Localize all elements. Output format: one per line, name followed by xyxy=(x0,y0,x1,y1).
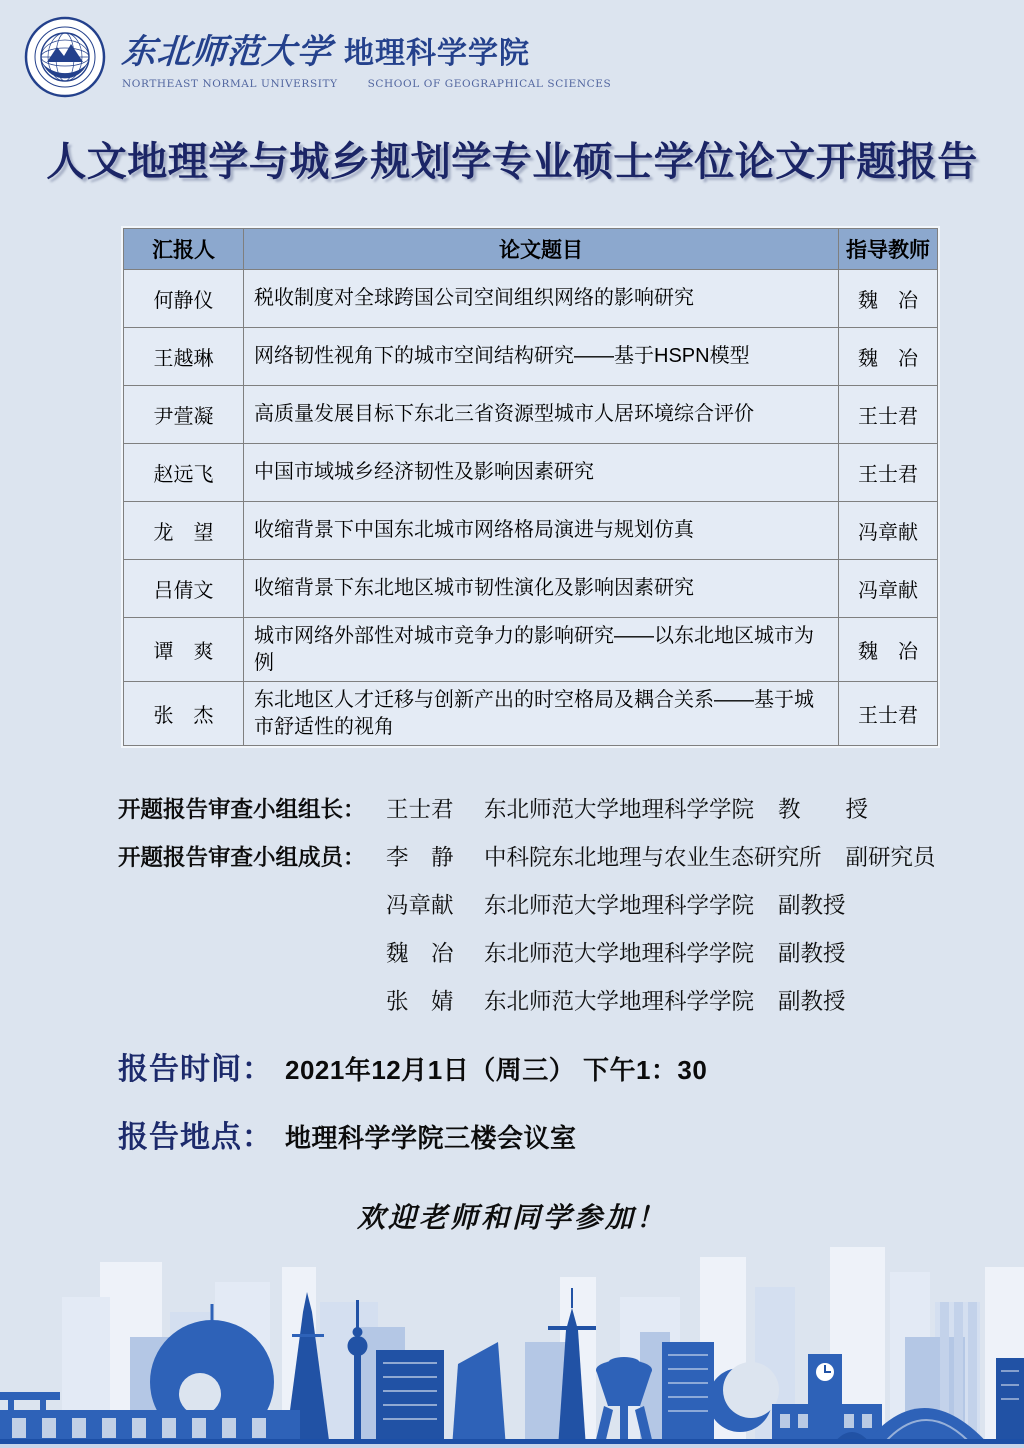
table-row: 王越琳 网络韧性视角下的城市空间结构研究——基于HSPN模型 魏 冶 xyxy=(124,328,938,386)
poster-page: 东北师范大学 地理科学学院 NORTHEAST NORMAL UNIVERSIT… xyxy=(0,0,1024,1448)
topic-cell: 收缩背景下东北地区城市韧性演化及影响因素研究 xyxy=(244,560,839,618)
table-header-row: 汇报人 论文题目 指导教师 xyxy=(124,229,938,270)
poster-title: 人文地理学与城乡规划学专业硕士学位论文开题报告 xyxy=(0,130,1024,187)
column-header-advisor: 指导教师 xyxy=(839,229,938,270)
column-header-topic: 论文题目 xyxy=(244,229,839,270)
university-seal-icon xyxy=(24,16,106,98)
report-time-label: 报告时间： xyxy=(118,1044,273,1088)
report-location-line: 报告地点： 地理科学学院三楼会议室 xyxy=(118,1112,707,1156)
advisor-cell: 魏 冶 xyxy=(839,270,938,328)
topic-cell: 东北地区人才迁移与创新产出的时空格局及耦合关系——基于城市舒适性的视角 xyxy=(244,682,839,746)
report-time-line: 报告时间： 2021年12月1日（周三） 下午1：30 xyxy=(118,1044,707,1088)
topic-cell: 城市网络外部性对城市竞争力的影响研究——以东北地区城市为例 xyxy=(244,618,839,682)
committee-member-name: 李 静 xyxy=(386,840,484,872)
committee-member-line: 张 婧 东北师范大学地理科学学院 副教授 xyxy=(118,976,936,1024)
thesis-table: 汇报人 论文题目 指导教师 何静仪 税收制度对全球跨国公司空间组织网络的影响研究… xyxy=(123,228,938,746)
topic-cell: 税收制度对全球跨国公司空间组织网络的影响研究 xyxy=(244,270,839,328)
committee-member-title: 副教授 xyxy=(778,984,846,1016)
committee-member-affiliation: 东北师范大学地理科学学院 xyxy=(484,888,754,920)
advisor-cell: 王士君 xyxy=(839,682,938,746)
column-header-reporter: 汇报人 xyxy=(124,229,244,270)
topic-cell: 中国市域城乡经济韧性及影响因素研究 xyxy=(244,444,839,502)
school-name-cn: 地理科学学院 xyxy=(344,28,530,72)
topic-cell: 网络韧性视角下的城市空间结构研究——基于HSPN模型 xyxy=(244,328,839,386)
table-row: 尹萱凝 高质量发展目标下东北三省资源型城市人居环境综合评价 王士君 xyxy=(124,386,938,444)
committee-section: 开题报告审查小组组长： 王士君 东北师范大学地理科学学院 教 授 开题报告审查小… xyxy=(118,784,936,1024)
committee-member-title: 副教授 xyxy=(778,936,846,968)
committee-member-affiliation: 东北师范大学地理科学学院 xyxy=(484,936,754,968)
committee-member-title: 副教授 xyxy=(778,888,846,920)
committee-member-affiliation: 东北师范大学地理科学学院 xyxy=(484,984,754,1016)
reporter-cell: 尹萱凝 xyxy=(124,386,244,444)
committee-member-line: 冯章献 东北师范大学地理科学学院 副教授 xyxy=(118,880,936,928)
reporter-cell: 谭 爽 xyxy=(124,618,244,682)
university-name-cn: 东北师范大学 xyxy=(120,24,333,73)
header-en-line: NORTHEAST NORMAL UNIVERSITY SCHOOL OF GE… xyxy=(122,78,611,90)
table-row: 谭 爽 城市网络外部性对城市竞争力的影响研究——以东北地区城市为例 魏 冶 xyxy=(124,618,938,682)
reporter-cell: 吕倩文 xyxy=(124,560,244,618)
welcome-message: 欢迎老师和同学参加！ xyxy=(0,1196,1024,1236)
table-row: 吕倩文 收缩背景下东北地区城市韧性演化及影响因素研究 冯章献 xyxy=(124,560,938,618)
report-location-value: 地理科学学院三楼会议室 xyxy=(285,1118,577,1155)
report-time-value: 2021年12月1日（周三） 下午1：30 xyxy=(285,1050,707,1087)
reporter-cell: 赵远飞 xyxy=(124,444,244,502)
table-row: 张 杰 东北地区人才迁移与创新产出的时空格局及耦合关系——基于城市舒适性的视角 … xyxy=(124,682,938,746)
table-row: 何静仪 税收制度对全球跨国公司空间组织网络的影响研究 魏 冶 xyxy=(124,270,938,328)
city-skyline-illustration xyxy=(0,1242,1024,1448)
advisor-cell: 魏 冶 xyxy=(839,328,938,386)
table-row: 赵远飞 中国市域城乡经济韧性及影响因素研究 王士君 xyxy=(124,444,938,502)
header-text: 东北师范大学 地理科学学院 NORTHEAST NORMAL UNIVERSIT… xyxy=(122,24,611,90)
committee-member-title: 副研究员 xyxy=(846,840,936,872)
header-cn-line: 东北师范大学 地理科学学院 xyxy=(122,24,611,73)
schedule-section: 报告时间： 2021年12月1日（周三） 下午1：30 报告地点： 地理科学学院… xyxy=(118,1044,707,1180)
topic-cell: 高质量发展目标下东北三省资源型城市人居环境综合评价 xyxy=(244,386,839,444)
committee-member-line: 魏 冶 东北师范大学地理科学学院 副教授 xyxy=(118,928,936,976)
committee-member-affiliation: 东北师范大学地理科学学院 xyxy=(484,792,754,824)
committee-member-name: 王士君 xyxy=(386,792,484,824)
committee-member-affiliation: 中科院东北地理与农业生态研究所 xyxy=(484,840,822,872)
committee-members-label: 开题报告审查小组成员： xyxy=(118,840,386,872)
advisor-cell: 冯章献 xyxy=(839,560,938,618)
school-name-en: SCHOOL OF GEOGRAPHICAL SCIENCES xyxy=(368,78,612,90)
committee-member-name: 魏 冶 xyxy=(386,936,484,968)
topic-cell: 收缩背景下中国东北城市网络格局演进与规划仿真 xyxy=(244,502,839,560)
advisor-cell: 王士君 xyxy=(839,386,938,444)
table-row: 龙 望 收缩背景下中国东北城市网络格局演进与规划仿真 冯章献 xyxy=(124,502,938,560)
reporter-cell: 何静仪 xyxy=(124,270,244,328)
reporter-cell: 龙 望 xyxy=(124,502,244,560)
committee-member-name: 冯章献 xyxy=(386,888,484,920)
committee-member-name: 张 婧 xyxy=(386,984,484,1016)
advisor-cell: 冯章献 xyxy=(839,502,938,560)
advisor-cell: 魏 冶 xyxy=(839,618,938,682)
advisor-cell: 王士君 xyxy=(839,444,938,502)
reporter-cell: 王越琳 xyxy=(124,328,244,386)
committee-member-title: 教 授 xyxy=(778,792,868,824)
header: 东北师范大学 地理科学学院 NORTHEAST NORMAL UNIVERSIT… xyxy=(24,16,611,98)
committee-chair-line: 开题报告审查小组组长： 王士君 东北师范大学地理科学学院 教 授 xyxy=(118,784,936,832)
reporter-cell: 张 杰 xyxy=(124,682,244,746)
university-name-en: NORTHEAST NORMAL UNIVERSITY xyxy=(122,78,338,90)
report-location-label: 报告地点： xyxy=(118,1112,273,1156)
committee-member-line: 开题报告审查小组成员： 李 静 中科院东北地理与农业生态研究所 副研究员 xyxy=(118,832,936,880)
committee-chair-label: 开题报告审查小组组长： xyxy=(118,792,386,824)
